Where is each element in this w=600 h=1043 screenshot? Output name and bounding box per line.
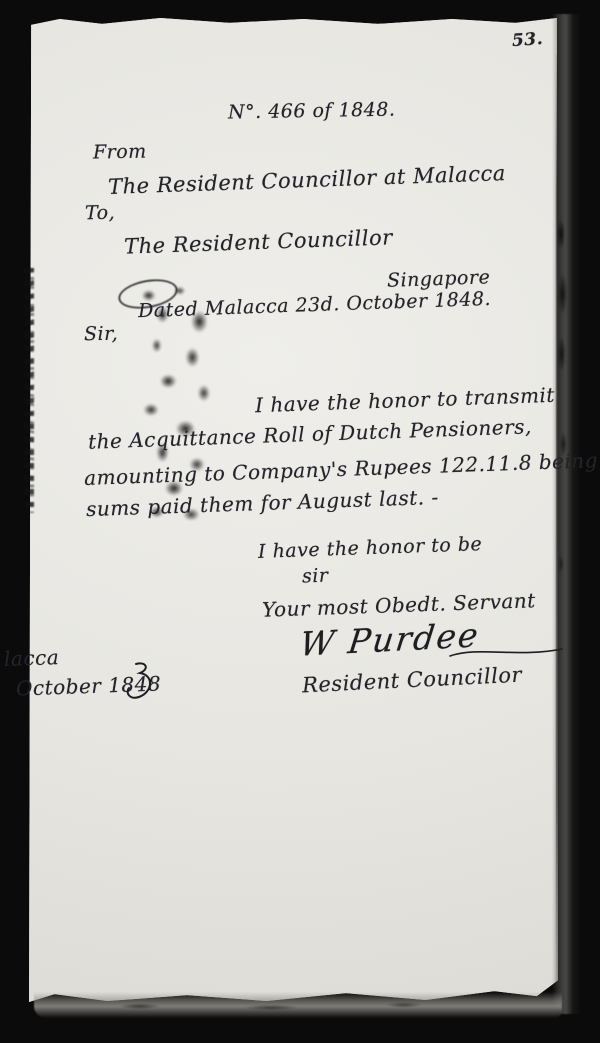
salutation: Sir, <box>84 323 119 346</box>
from-label: From <box>93 141 147 164</box>
to-label: To, <box>85 202 116 225</box>
page-number: 53. <box>511 29 543 51</box>
bottom-page-stack-edge <box>34 992 562 1018</box>
paraph-flourish-icon <box>122 660 154 704</box>
left-edge-ink-marks <box>24 268 34 513</box>
letter-reference: N°. 466 of 1848. <box>228 99 396 124</box>
docket-place: lacca <box>4 645 60 671</box>
signature-swash-flourish-icon <box>448 644 564 660</box>
closing-line-2: sir <box>302 565 329 588</box>
scanned-letter-page: 53. N°. 466 of 1848. From The Resident C… <box>0 0 600 1043</box>
binding-page-edge-gutter <box>552 14 582 1014</box>
